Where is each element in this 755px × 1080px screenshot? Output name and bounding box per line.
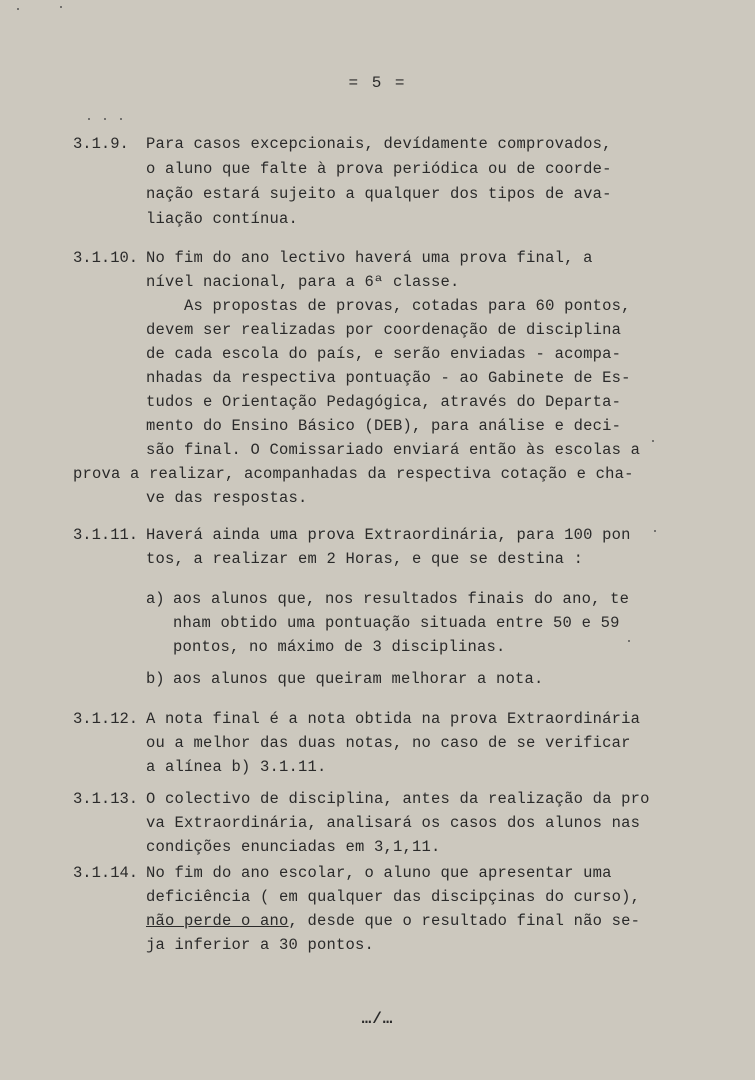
section-3-1-9-line-1: Para casos excepcionais, devídamente com… <box>146 135 612 153</box>
section-3-1-11-line-2: tos, a realizar em 2 Horas, e que se des… <box>146 550 583 568</box>
section-3-1-10-line-11: ve das respostas. <box>146 489 308 507</box>
section-number-3-1-11: 3.1.11. <box>73 526 138 544</box>
section-3-1-9-line-3: nação estará sujeito a qualquer dos tipo… <box>146 185 612 203</box>
section-3-1-10-line-6: nhadas da respectiva pontuação - ao Gabi… <box>146 369 631 387</box>
scan-speck <box>120 118 122 120</box>
item-a-line-2: nham obtido uma pontuação situada entre … <box>173 614 620 632</box>
section-number-3-1-12: 3.1.12. <box>73 710 138 728</box>
section-3-1-13-line-3: condições enunciadas em 3,1,11. <box>146 838 441 856</box>
section-3-1-10-line-3: As propostas de provas, cotadas para 60 … <box>146 297 631 315</box>
section-3-1-10-line-7: tudos e Orientação Pedagógica, através d… <box>146 393 621 411</box>
section-3-1-10-line-9: são final. O Comissariado enviará então … <box>146 441 640 459</box>
section-3-1-14-line-2: deficiência ( em qualquer das discipçina… <box>146 888 640 906</box>
section-3-1-12-line-3: a alínea b) 3.1.11. <box>146 758 327 776</box>
page-number: = 5 = <box>0 74 755 92</box>
section-number-3-1-13: 3.1.13. <box>73 790 138 808</box>
item-a-line-3: pontos, no máximo de 3 disciplinas. <box>173 638 506 656</box>
section-3-1-9-line-2: o aluno que falte à prova periódica ou d… <box>146 160 612 178</box>
section-3-1-10-line-5: de cada escola do país, e serão enviadas… <box>146 345 621 363</box>
scan-speck <box>628 640 630 642</box>
section-3-1-9-line-4: liação contínua. <box>146 210 298 228</box>
scan-speck <box>88 118 90 120</box>
document-page: = 5 = 3.1.9. Para casos excepcionais, de… <box>0 0 755 1080</box>
section-3-1-10-line-2: nível nacional, para a 6ª classe. <box>146 273 460 291</box>
section-3-1-10-line-4: devem ser realizadas por coordenação de … <box>146 321 621 339</box>
section-3-1-12-line-1: A nota final é a nota obtida na prova Ex… <box>146 710 640 728</box>
continuation-marker: …/… <box>0 1010 755 1028</box>
item-b-line-1: aos alunos que queiram melhorar a nota. <box>173 670 544 688</box>
scan-speck <box>654 530 656 532</box>
scan-speck <box>104 118 106 120</box>
section-3-1-14-line-3: não perde o ano, desde que o resultado f… <box>146 912 640 930</box>
item-a-label: a) <box>146 590 165 608</box>
section-3-1-14-line-4: ja inferior a 30 pontos. <box>146 936 374 954</box>
scan-speck <box>60 6 62 8</box>
item-a-line-1: aos alunos que, nos resultados finais do… <box>173 590 629 608</box>
section-3-1-12-line-2: ou a melhor das duas notas, no caso de s… <box>146 734 631 752</box>
section-3-1-10-line-1: No fim do ano lectivo haverá uma prova f… <box>146 249 593 267</box>
item-b-label: b) <box>146 670 165 688</box>
section-3-1-10-line-10: prova a realizar, acompanhadas da respec… <box>73 465 634 483</box>
section-3-1-13-line-2: va Extraordinária, analisará os casos do… <box>146 814 640 832</box>
section-3-1-10-line-8: mento do Ensino Básico (DEB), para análi… <box>146 417 621 435</box>
underlined-phrase: não perde o ano <box>146 912 289 930</box>
section-number-3-1-10: 3.1.10. <box>73 249 138 267</box>
section-number-3-1-14: 3.1.14. <box>73 864 138 882</box>
scan-speck <box>652 440 654 442</box>
line-3-rest: , desde que o resultado final não se- <box>289 912 641 930</box>
section-3-1-11-line-1: Haverá ainda uma prova Extraordinária, p… <box>146 526 631 544</box>
section-3-1-13-line-1: O colectivo de disciplina, antes da real… <box>146 790 650 808</box>
scan-speck <box>17 8 19 10</box>
section-3-1-14-line-1: No fim do ano escolar, o aluno que apres… <box>146 864 612 882</box>
section-number-3-1-9: 3.1.9. <box>73 135 129 153</box>
